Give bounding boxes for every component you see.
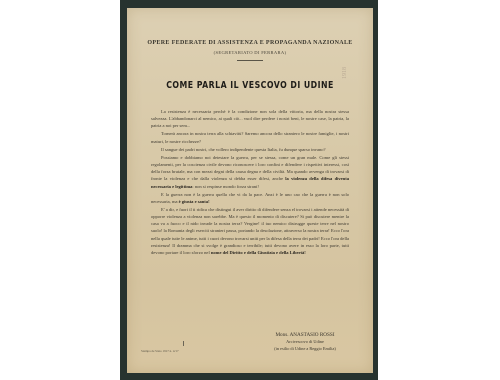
signature-block: Mons. ANASTASIO ROSSI Arcivescovo di Udi… xyxy=(260,332,350,352)
document-sheet: OPERE FEDERATE DI ASSISTENZA E PROPAGAND… xyxy=(127,8,373,373)
pencil-annotation: 1918 xyxy=(342,67,348,79)
document-title: COME PARLA IL VESCOVO DI UDINE xyxy=(154,80,346,91)
paragraph: Possiamo e dobbiamo noi detestare la gue… xyxy=(151,154,349,189)
bold-emphasis: nome del Diritto e della Giustizia e del… xyxy=(211,250,306,255)
document-body: La resistenza è necessaria perchè è la c… xyxy=(151,108,349,257)
bold-emphasis: è giusta e santa! xyxy=(179,199,210,204)
subcommittee-line: (SEGRETARIATO DI FERRARA) xyxy=(127,50,373,55)
signatory-location: (in esilio di Udine a Reggio Emilia) xyxy=(260,345,350,352)
header-divider xyxy=(237,60,263,61)
paragraph: Tornerà ancora in nostra terra alla schi… xyxy=(151,130,349,144)
paragraph: Il sangue dei padri nostri, che vollero … xyxy=(151,146,349,153)
imprint-mark xyxy=(183,341,184,346)
paragraph: E' a dir, e fuori il ti ridica che disti… xyxy=(151,206,349,256)
paragraph: E la guerra non è la guerra quella che v… xyxy=(151,191,349,205)
organization-header: OPERE FEDERATE DI ASSISTENZA E PROPAGAND… xyxy=(127,40,373,46)
paragraph: La resistenza è necessaria perchè è la c… xyxy=(151,108,349,129)
printer-imprint: Stampa de Stato 1917 n. 4/17 xyxy=(141,349,179,353)
signatory-role: Arcivescovo di Udine xyxy=(260,338,350,345)
